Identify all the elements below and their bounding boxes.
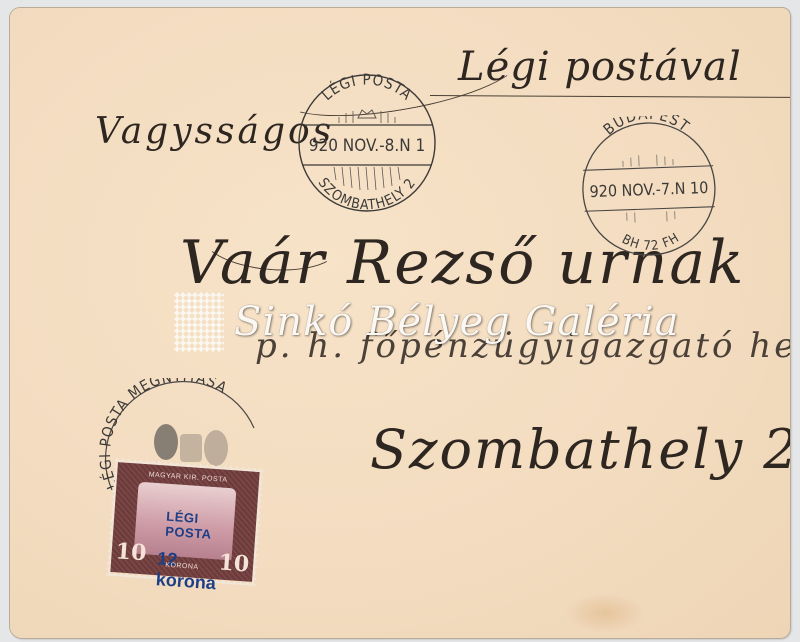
watermark: Sinkó Bélyeg Galéria: [174, 290, 679, 354]
parliament-building-image: LÉGI POSTA 12 korona: [134, 482, 237, 561]
svg-text:LÉGI POSTA: LÉGI POSTA: [318, 71, 416, 105]
svg-text:BUDAPEST: BUDAPEST: [599, 113, 694, 138]
coat-of-arms-icon: [154, 424, 228, 466]
postmark-budapest: BUDAPEST BH 72 FH 920 NOV.-7.N 10: [573, 113, 724, 269]
stamp-logo-icon: [174, 292, 224, 352]
watermark-text: Sinkó Bélyeg Galéria: [234, 299, 679, 345]
postmark-date: 920 NOV.-8.N 1: [309, 136, 425, 156]
stamp-frame: MAGYAR KIR. POSTA LÉGI POSTA 12 korona 1…: [110, 462, 259, 582]
handwritten-city: Szombathely 2: [370, 418, 790, 481]
underline-rule: [430, 95, 790, 98]
postmark-date: 920 NOV.-7.N 10: [589, 178, 708, 201]
overprint-airmail: LÉGI POSTA: [165, 509, 235, 544]
postmark-top-text: LÉGI POSTA: [318, 71, 416, 105]
postage-stamp: MAGYAR KIR. POSTA LÉGI POSTA 12 korona 1…: [106, 458, 264, 586]
stamp-top-text: MAGYAR KIR. POSTA: [117, 469, 259, 486]
postmark-top-text: BUDAPEST: [599, 113, 694, 138]
paper-stain: [565, 593, 645, 633]
postmark-szombathely: LÉGI POSTA SZOMBATHELY 2 920 NOV.-8.N 1: [294, 70, 440, 221]
